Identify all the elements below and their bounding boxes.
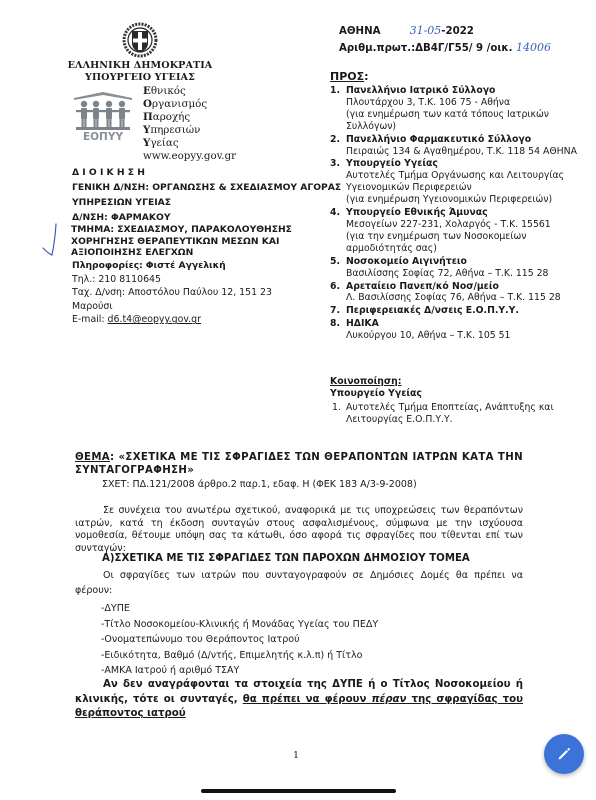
recipient-body: Νοσοκομείο ΑιγινήτειοΒασιλίσσης Σοφίας 7… [346,256,548,280]
recipient-name: Νοσοκομείο Αιγινήτειο [346,256,548,268]
recipient-name: ΗΔΙΚΑ [346,318,510,330]
recipient-item: 2.Πανελλήνιο Φαρμακευτικό ΣύλλογοΠειραιώ… [330,134,590,158]
republic-name: ΕΛΛΗΝΙΚΗ ΔΗΜΟΚΡΑΤΙΑ [60,60,220,72]
blue-check-mark-icon [40,220,64,260]
acronym-initial: Π [143,111,153,123]
address-line-2: Μαρούσι [72,300,342,314]
acronym-rest: αροχής [153,111,190,123]
acronym-line: Εθνικός [143,85,207,98]
cc-org: Υπουργείο Υγείας [330,388,590,400]
requirements-list: -ΔΥΠΕ-Τίτλο Νοσοκομείου-Κλινικής ή Μονάδ… [101,601,378,679]
greek-coat-of-arms-icon [122,22,158,58]
recipient-item: 7.Περιφερειακές Δ/νσεις Ε.Ο.Π.Υ.Υ. [330,305,590,317]
cc-title: Κοινοποίηση: [330,376,590,388]
recipient-body: ΗΔΙΚΑΛυκούργου 10, Αθήνα – Τ.Κ. 105 51 [346,318,510,342]
website-text: www.eopyy.gov.gr [143,150,236,162]
acronym-line: Παροχής [143,111,207,124]
acronym-rest: ργανισμός [152,98,207,110]
recipient-detail: Αυτοτελές Τμήμα Οργάνωσης και Λειτουργία… [346,170,590,194]
edit-fab-button[interactable] [544,734,584,774]
protocol-label: Αριθμ.πρωτ.:ΔΒ4Γ/Γ55/ 9 /οικ. [339,43,512,54]
recipient-name: Υπουργείο Εθνικής Άμυνας [346,207,590,219]
recipient-item: 3.Υπουργείο ΥγείαςΑυτοτελές Τμήμα Οργάνω… [330,158,590,206]
general-directorate: ΓΕΝΙΚΗ Δ/ΝΣΗ: ΟΡΓΑΝΩΣΗΣ & ΣΧΕΔΙΑΣΜΟΥ ΑΓΟ… [72,180,342,211]
recipient-number: 3. [330,158,346,206]
subject-line: ΘΕΜΑ: «ΣΧΕΤΙΚΑ ΜΕ ΤΙΣ ΣΦΡΑΓΙΔΕΣ ΤΩΝ ΘΕΡΑ… [75,452,523,477]
recipient-number: 7. [330,305,346,317]
recipient-number: 4. [330,207,346,255]
ministry-name: ΥΠΟΥΡΓΕΙΟ ΥΓΕΙΑΣ [60,72,220,84]
year: -2022 [441,26,474,37]
email-row: E-mail: d6.t4@eopyy.gov.gr [72,313,342,327]
date-protocol-block: ΑΘΗΝΑ 31-05-2022 Αριθμ.πρωτ.:ΔΒ4Γ/Γ55/ 9… [339,23,551,56]
acronym-rest: γείας [150,137,178,149]
recipient-number: 8. [330,318,346,342]
page-number: 1 [293,750,299,761]
recipient-name: Πανελλήνιο Φαρμακευτικό Σύλλογο [346,134,577,146]
department: ΤΜΗΜΑ: ΣΧΕΔΙΑΣΜΟΥ, ΠΑΡΑΚΟΛΟΥΘΗΣΗΣ ΧΟΡΗΓΗ… [71,224,342,259]
cc-item: 1. Αυτοτελές Τμήμα Εποπτείας, Ανάπτυξης … [330,402,590,426]
recipients-title: ΠΡΟΣ: [330,70,369,83]
requirement-item: -ΔΥΠΕ [101,601,378,617]
sender-administration-block: ΔΙΟΙΚΗΣΗ ΓΕΝΙΚΗ Δ/ΝΣΗ: ΟΡΓΑΝΩΣΗΣ & ΣΧΕΔΙ… [72,166,342,327]
recipient-name: Αρεταίειο Πανεπ/κό Νοσ/μείο [346,281,561,293]
recipient-detail: (για την ενημέρωση των Νοσοκομείων αρμοδ… [346,231,590,255]
recipient-detail: Πειραιώς 134 & Αγαθημέρου, Τ.Κ. 118 54 Α… [346,146,577,158]
recipient-body: Αρεταίειο Πανεπ/κό Νοσ/μείοΛ. Βασιλίσσης… [346,281,561,305]
recipient-body: Πανελλήνιο Φαρμακευτικό ΣύλλογοΠειραιώς … [346,134,577,158]
info-label: Πληροφορίες: [72,260,143,271]
recipient-number: 5. [330,256,346,280]
recipient-number: 6. [330,281,346,305]
recipient-detail: Βασιλίσσης Σοφίας 72, Αθήνα – Τ.Κ. 115 2… [346,268,548,280]
closing-paragraph: Αν δεν αναγράφονται τα στοιχεία της ΔΥΠΕ… [75,678,523,722]
recipient-detail: Μεσογείων 227-231, Χολαργός - Τ.Κ. 15561 [346,219,590,231]
acronym-rest: θνικός [151,85,186,97]
subject-text: : «ΣΧΕΤΙΚΑ ΜΕ ΤΙΣ ΣΦΡΑΓΙΔΕΣ ΤΩΝ ΘΕΡΑΠΟΝΤ… [75,452,523,476]
intro-paragraph: Σε συνέχεια του ανωτέρω σχετικού, αναφορ… [75,505,523,555]
email-link[interactable]: d6.t4@eopyy.gov.gr [108,314,201,325]
recipient-detail: (για ενημέρωση Υγειονομικών Περιφερειών) [346,194,590,206]
phone: Τηλ.: 210 8110645 [72,273,342,287]
requirement-item: -Τίτλο Νοσοκομείου-Κλινικής ή Μονάδας Υγ… [101,617,378,633]
directorate: Δ/ΝΣΗ: ΦΑΡΜΑΚΟΥ [72,211,342,225]
svg-text:ΕΟΠΥΥ: ΕΟΠΥΥ [83,131,123,142]
recipient-detail: Πλουτάρχου 3, Τ.Κ. 106 75 - Αθήνα [346,97,590,109]
acronym-line: Υπηρεσιών [143,124,207,137]
recipient-detail: (για ενημέρωση των κατά τόπους Ιατρικών … [346,109,590,133]
closing-italic-word: πέραν [371,694,406,705]
home-indicator-bar[interactable] [201,789,396,793]
recipient-name: Πανελλήνιο Ιατρικό Σύλλογο [346,85,590,97]
address-line-1: Ταχ. Δ/νση: Αποστόλου Παύλου 12, 151 23 [72,286,342,300]
pencil-icon [556,746,572,762]
requirement-item: -ΑΜΚΑ Ιατρού ή αριθμό ΤΣΑΥ [101,663,378,679]
section-a-heading: Α)ΣΧΕΤΙΚΑ ΜΕ ΤΙΣ ΣΦΡΑΓΙΔΕΣ ΤΩΝ ΠΑΡΟΧΩΝ Δ… [102,553,470,564]
cc-block: Κοινοποίηση: Υπουργείο Υγείας 1. Αυτοτελ… [330,376,590,426]
recipient-number: 2. [330,134,346,158]
recipient-item: 8.ΗΔΙΚΑΛυκούργου 10, Αθήνα – Τ.Κ. 105 51 [330,318,590,342]
handwritten-date: 31-05 [410,24,442,37]
recipient-detail: Λυκούργου 10, Αθήνα – Τ.Κ. 105 51 [346,330,510,342]
contact-info: Πληροφορίες: Φιστέ Αγγελική [72,259,342,273]
recipient-item: 4.Υπουργείο Εθνικής ΆμυναςΜεσογείων 227-… [330,207,590,255]
recipient-body: Πανελλήνιο Ιατρικό ΣύλλογοΠλουτάρχου 3, … [346,85,590,133]
recipient-item: 5.Νοσοκομείο ΑιγινήτειοΒασιλίσσης Σοφίας… [330,256,590,280]
recipient-item: 6.Αρεταίειο Πανεπ/κό Νοσ/μείοΛ. Βασιλίσσ… [330,281,590,305]
cc-item-text: Αυτοτελές Τμήμα Εποπτείας, Ανάπτυξης και… [346,402,590,426]
handwritten-protocol-number: 14006 [516,41,551,54]
acronym-rest: πηρεσιών [150,124,200,136]
document-page: ΕΛΛΗΝΙΚΗ ΔΗΜΟΚΡΑΤΙΑ ΥΠΟΥΡΓΕΙΟ ΥΓΕΙΑΣ ΕΟΠ… [0,0,596,800]
cc-item-number: 1. [332,402,346,426]
protocol-line: Αριθμ.πρωτ.:ΔΒ4Γ/Γ55/ 9 /οικ. 14006 [339,40,551,57]
recipient-body: Υπουργείο Εθνικής ΆμυναςΜεσογείων 227-23… [346,207,590,255]
reference-line: ΣΧΕΤ: ΠΔ.121/2008 άρθρο.2 παρ.1, εδαφ. Η… [102,479,417,490]
administration-title: ΔΙΟΙΚΗΣΗ [72,166,342,180]
date-line: ΑΘΗΝΑ 31-05-2022 [339,23,551,40]
requirement-item: -Ειδικότητα, Βαθμό (Δ/ντής, Επιμελητής κ… [101,648,378,664]
recipient-item: 1.Πανελλήνιο Ιατρικό ΣύλλογοΠλουτάρχου 3… [330,85,590,133]
info-name: Φιστέ Αγγελική [146,260,226,271]
recipient-number: 1. [330,85,346,133]
acronym-initial: Ε [143,85,151,97]
email-label: E-mail: [72,314,105,325]
republic-heading: ΕΛΛΗΝΙΚΗ ΔΗΜΟΚΡΑΤΙΑ ΥΠΟΥΡΓΕΙΟ ΥΓΕΙΑΣ [60,60,220,84]
acronym-line: Οργανισμός [143,98,207,111]
eopyy-people-logo-icon: ΕΟΠΥΥ [72,90,134,142]
subject-label: ΘΕΜΑ [75,452,110,463]
city: ΑΘΗΝΑ [339,26,380,37]
closing-ul-part1: θα πρέπει να φέρουν [243,694,372,705]
organization-acronym-expansion: ΕθνικόςΟργανισμόςΠαροχήςΥπηρεσιώνΥγείας [143,85,207,150]
recipient-name: Περιφερειακές Δ/νσεις Ε.Ο.Π.Υ.Υ. [346,305,519,317]
acronym-initial: Ο [143,98,152,110]
acronym-line: Υγείας [143,137,207,150]
section-a-intro: Οι σφραγίδες των ιατρών που συνταγογραφο… [75,568,523,598]
recipients-list: 1.Πανελλήνιο Ιατρικό ΣύλλογοΠλουτάρχου 3… [330,85,590,343]
recipient-detail: Λ. Βασιλίσσης Σοφίας 76, Αθήνα – Τ.Κ. 11… [346,292,561,304]
recipients-title-text: ΠΡΟΣ [330,70,364,83]
recipient-body: Υπουργείο ΥγείαςΑυτοτελές Τμήμα Οργάνωση… [346,158,590,206]
requirement-item: -Ονοματεπώνυμο του Θεράποντος Ιατρού [101,632,378,648]
recipient-body: Περιφερειακές Δ/νσεις Ε.Ο.Π.Υ.Υ. [346,305,519,317]
recipient-name: Υπουργείο Υγείας [346,158,590,170]
